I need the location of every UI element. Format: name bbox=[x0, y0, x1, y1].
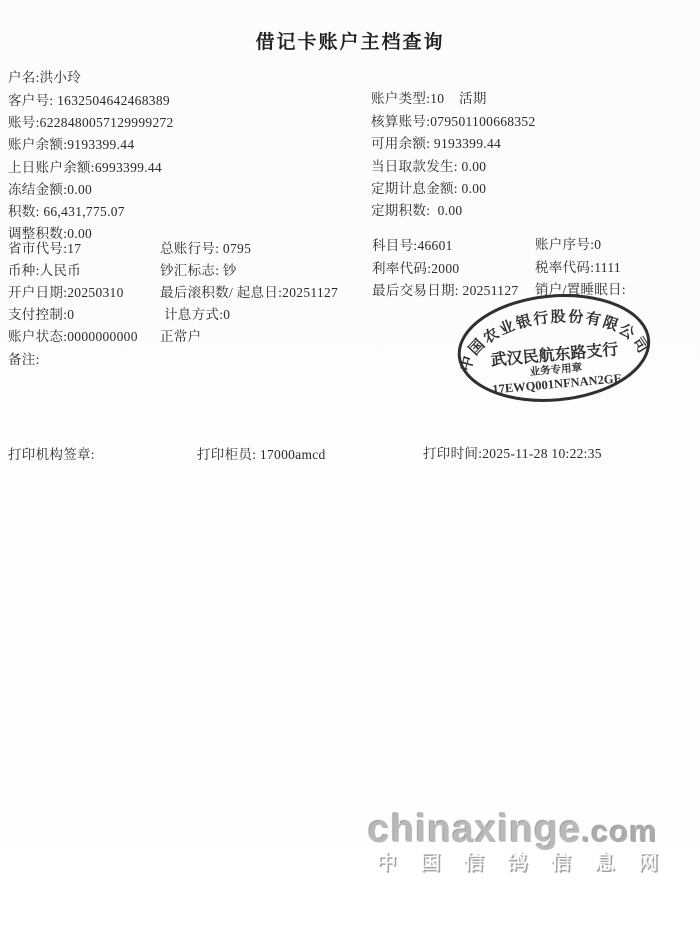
field-fixed-interest-amt: 定期计息金额: 0.00 bbox=[371, 177, 486, 197]
watermark-chinese-text: 中 国 信 鸽 信 息 网 bbox=[368, 852, 667, 874]
field-available-balance: 可用余额: 9193399.44 bbox=[371, 132, 501, 152]
field-accumulation: 积数: 66,431,775.07 bbox=[8, 200, 125, 220]
watermark-domain-text: chinaxinge.com bbox=[368, 810, 658, 849]
field-customer-no: 客户号: 1632504642468389 bbox=[8, 89, 170, 109]
field-interest-method: 计息方式:0 bbox=[164, 303, 230, 323]
field-gl-branch-no: 总账行号: 0795 bbox=[160, 237, 251, 257]
field-account-name: 户名:洪小玲 bbox=[8, 66, 81, 86]
bank-seal-stamp: 中国农业银行股份有限公司 武汉民航东路支行 业务专用章 17EWQ001NFNA… bbox=[450, 284, 659, 412]
field-remark: 备注: bbox=[8, 348, 40, 368]
field-last-accum-date: 最后滚积数/ 起息日:20251127 bbox=[160, 281, 338, 301]
field-account-balance: 账户余额:9193399.44 bbox=[8, 133, 134, 153]
field-frozen-amount: 冻结金额:0.00 bbox=[8, 178, 92, 198]
site-watermark: chinaxinge.com 中 国 信 鸽 信 息 网 bbox=[368, 810, 658, 874]
field-today-withdrawal: 当日取款发生: 0.00 bbox=[371, 155, 486, 175]
field-fixed-accum: 定期积数: 0.00 bbox=[371, 199, 462, 219]
footer-print-teller: 打印柜员: 17000amcd bbox=[197, 443, 326, 463]
field-account-type: 账户类型:10 活期 bbox=[371, 87, 487, 107]
field-account-status: 账户状态:0000000000 bbox=[8, 325, 138, 345]
field-cash-remit-flag: 钞汇标志: 钞 bbox=[160, 259, 237, 279]
watermark-tld: .com bbox=[582, 814, 658, 849]
field-tax-rate-code: 税率代码:1111 bbox=[535, 256, 621, 276]
field-payment-control: 支付控制:0 bbox=[8, 303, 74, 323]
field-card-no: 账号:6228480057129999272 bbox=[8, 111, 174, 131]
field-account-seq: 账户序号:0 bbox=[535, 233, 601, 253]
page-title: 借记卡账户主档查询 bbox=[0, 27, 700, 54]
field-prev-day-balance: 上日账户余额:6993399.44 bbox=[8, 156, 162, 176]
scanned-document-page: 借记卡账户主档查询 户名:洪小玲 客户号: 1632504642468389 账… bbox=[0, 0, 700, 932]
field-currency: 币种:人民币 bbox=[8, 259, 81, 279]
bank-seal-svg: 中国农业银行股份有限公司 武汉民航东路支行 业务专用章 17EWQ001NFNA… bbox=[450, 284, 659, 412]
footer-org-signature: 打印机构签章: bbox=[8, 443, 95, 463]
field-rate-code: 利率代码:2000 bbox=[372, 257, 459, 277]
field-subject-no: 科目号:46601 bbox=[372, 234, 453, 254]
watermark-domain-name: chinaxinge bbox=[368, 808, 582, 851]
field-province-code: 省市代号:17 bbox=[8, 237, 81, 257]
field-open-date: 开户日期:20250310 bbox=[8, 281, 124, 301]
field-accounting-no: 核算账号:079501100668352 bbox=[371, 110, 536, 130]
field-status-normal: 正常户 bbox=[160, 325, 201, 345]
footer-print-time: 打印时间:2025-11-28 10:22:35 bbox=[423, 442, 602, 462]
field-last-trans-date: 最后交易日期: 20251127 bbox=[372, 279, 518, 299]
